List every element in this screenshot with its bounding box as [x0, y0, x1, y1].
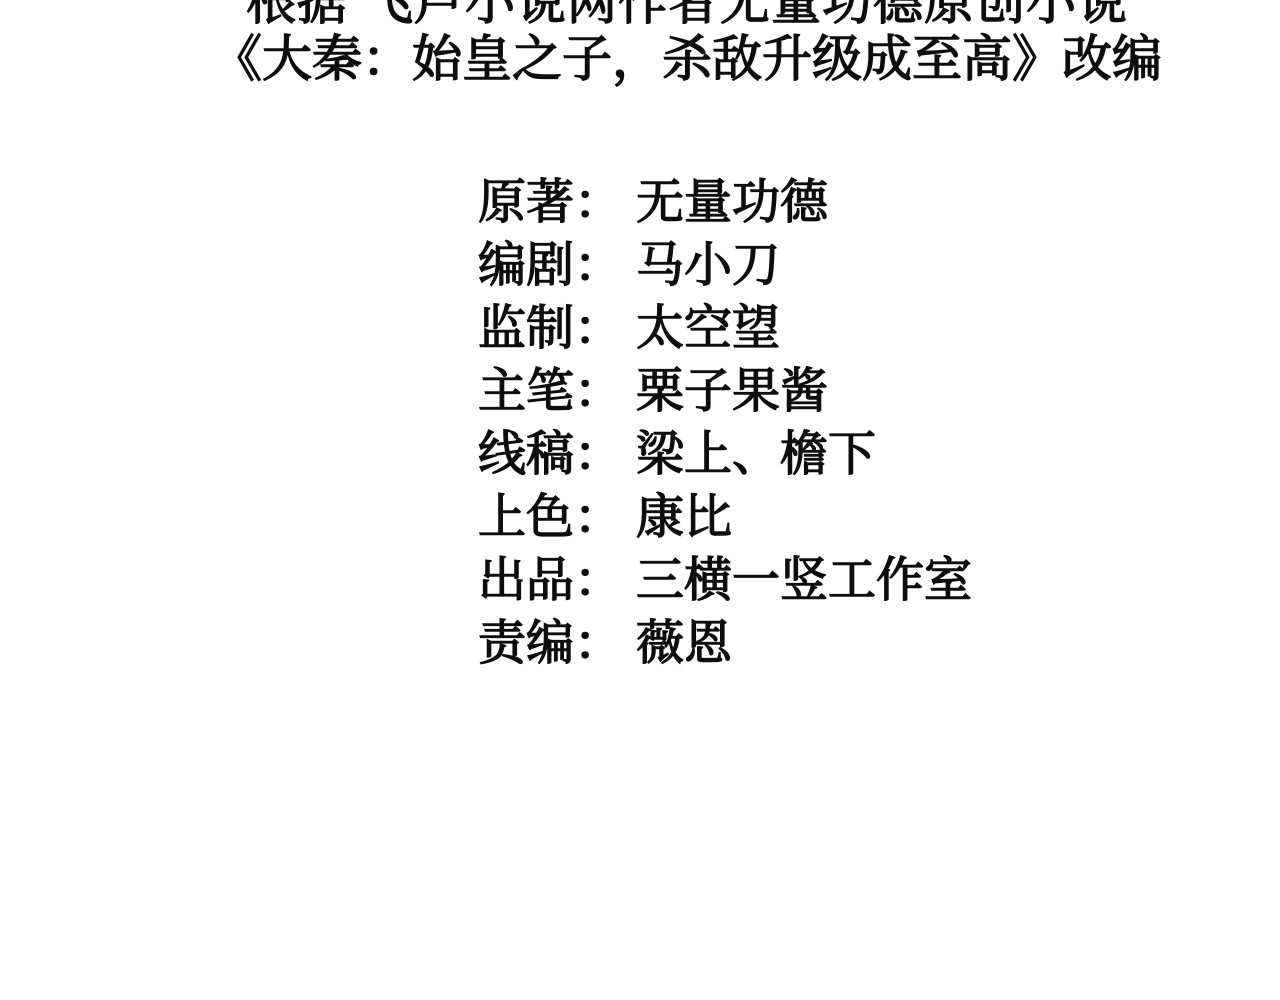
title-block: 根据 飞卢小说网作者无量功德原创小说 《大秦：始皇之子，杀敌升级成至高》改编 — [47, 0, 1280, 88]
credit-label: 线稿 — [478, 428, 574, 481]
credit-label: 编剧 — [478, 239, 574, 292]
credit-row-producer: 出品：三横一竖工作室 — [478, 549, 972, 612]
credit-row-editor: 责编：薇恩 — [478, 612, 972, 675]
credit-label: 责编 — [478, 617, 574, 670]
credit-label: 主笔 — [478, 365, 574, 418]
credit-value: 马小刀 — [636, 239, 780, 292]
credit-separator: ： — [574, 491, 622, 544]
credit-separator: ： — [574, 554, 622, 607]
credit-separator: ： — [574, 176, 622, 229]
credits-list: 原著：无量功德 编剧：马小刀 监制：太空望 主笔：栗子果酱 线稿：梁上、檐下 上… — [478, 171, 972, 675]
credit-row-original-author: 原著：无量功德 — [478, 171, 972, 234]
credit-row-lead-artist: 主笔：栗子果酱 — [478, 360, 972, 423]
credit-row-line-art: 线稿：梁上、檐下 — [478, 423, 972, 486]
credit-value: 太空望 — [636, 302, 780, 355]
credit-separator: ： — [574, 302, 622, 355]
credit-value: 康比 — [636, 491, 732, 544]
credit-separator: ： — [574, 617, 622, 670]
source-attribution-line: 根据 飞卢小说网作者无量功德原创小说 — [47, 0, 1280, 31]
credit-row-supervisor: 监制：太空望 — [478, 297, 972, 360]
credit-row-screenwriter: 编剧：马小刀 — [478, 234, 972, 297]
book-title-line: 《大秦：始皇之子，杀敌升级成至高》改编 — [47, 31, 1280, 88]
credit-label: 监制 — [478, 302, 574, 355]
credit-label: 原著 — [478, 176, 574, 229]
credit-separator: ： — [574, 239, 622, 292]
credit-value: 梁上、檐下 — [636, 428, 876, 481]
credit-row-coloring: 上色：康比 — [478, 486, 972, 549]
credit-value: 薇恩 — [636, 617, 732, 670]
credit-separator: ： — [574, 428, 622, 481]
credit-label: 上色 — [478, 491, 574, 544]
credit-value: 栗子果酱 — [636, 365, 828, 418]
credit-value: 无量功德 — [636, 176, 828, 229]
credit-value: 三横一竖工作室 — [636, 554, 972, 607]
credit-label: 出品 — [478, 554, 574, 607]
credit-separator: ： — [574, 365, 622, 418]
